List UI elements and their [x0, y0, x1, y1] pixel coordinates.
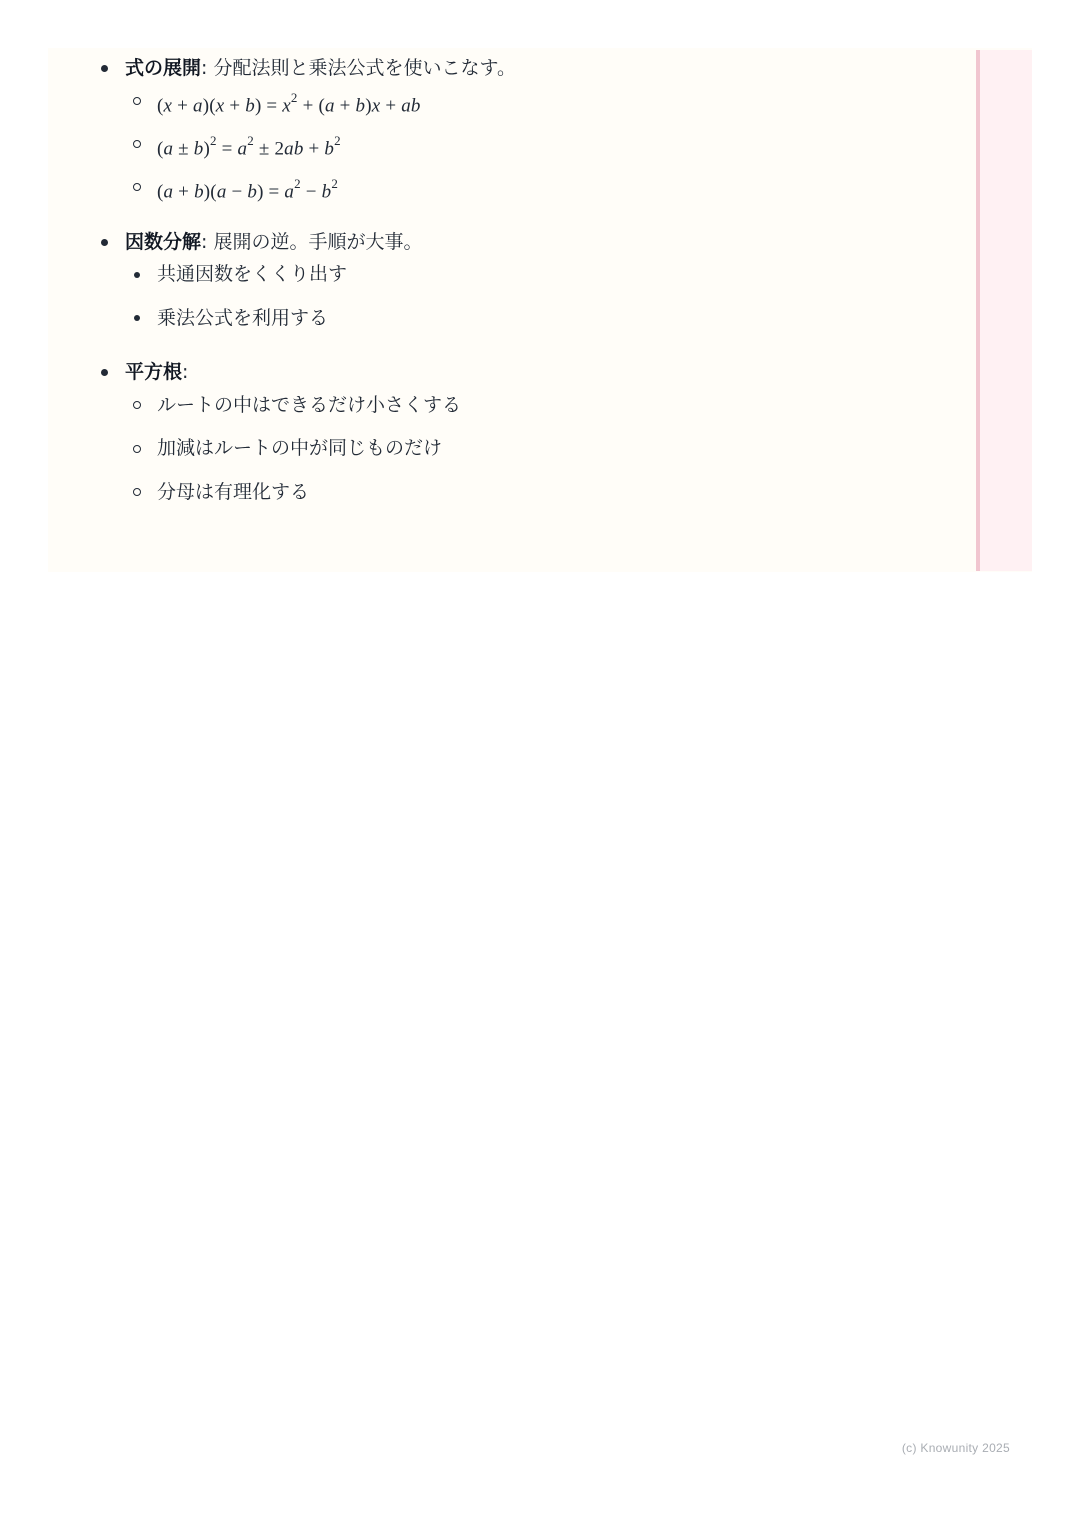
section-text: 因数分解: 展開の逆。手順が大事。	[125, 230, 422, 254]
bullet-circle-icon	[133, 445, 141, 453]
separator: :	[201, 57, 213, 79]
section-heading: 因数分解	[125, 231, 201, 253]
bullet-circle-icon	[133, 97, 141, 105]
formula: (x + a)(x + b) = x2 + (a + b)x + ab	[157, 88, 421, 118]
copyright-footer: (c) Knowunity 2025	[902, 1441, 1010, 1455]
separator: :	[182, 361, 188, 383]
section-description: 展開の逆。手順が大事。	[213, 231, 422, 253]
bullet-disc-icon	[134, 272, 140, 278]
section-heading: 式の展開	[125, 57, 201, 79]
list-item-text: 共通因数をくくり出す	[157, 262, 347, 286]
section-text: 平方根:	[125, 360, 188, 384]
section-text: 式の展開: 分配法則と乗法公式を使いこなす。	[125, 56, 516, 80]
bullet-disc-icon	[134, 315, 140, 321]
bullet-circle-icon	[133, 488, 141, 496]
bullet-disc-icon	[101, 369, 108, 376]
list-item-text: 分母は有理化する	[157, 480, 309, 504]
formula: (a + b)(a − b) = a2 − b2	[157, 174, 338, 204]
bullet-circle-icon	[133, 401, 141, 409]
side-accent-strip	[976, 50, 1032, 571]
list-item-text: ルートの中はできるだけ小さくする	[157, 393, 461, 417]
bullet-circle-icon	[133, 140, 141, 148]
section-heading: 平方根	[125, 361, 182, 383]
section-description: 分配法則と乗法公式を使いこなす。	[213, 57, 515, 79]
bullet-disc-icon	[101, 239, 108, 246]
bullet-disc-icon	[101, 65, 108, 72]
list-item-text: 乗法公式を利用する	[157, 306, 328, 330]
formula: (a ± b)2 = a2 ± 2ab + b2	[157, 131, 341, 161]
bullet-circle-icon	[133, 183, 141, 191]
separator: :	[201, 231, 213, 253]
list-item-text: 加減はルートの中が同じものだけ	[157, 436, 442, 460]
